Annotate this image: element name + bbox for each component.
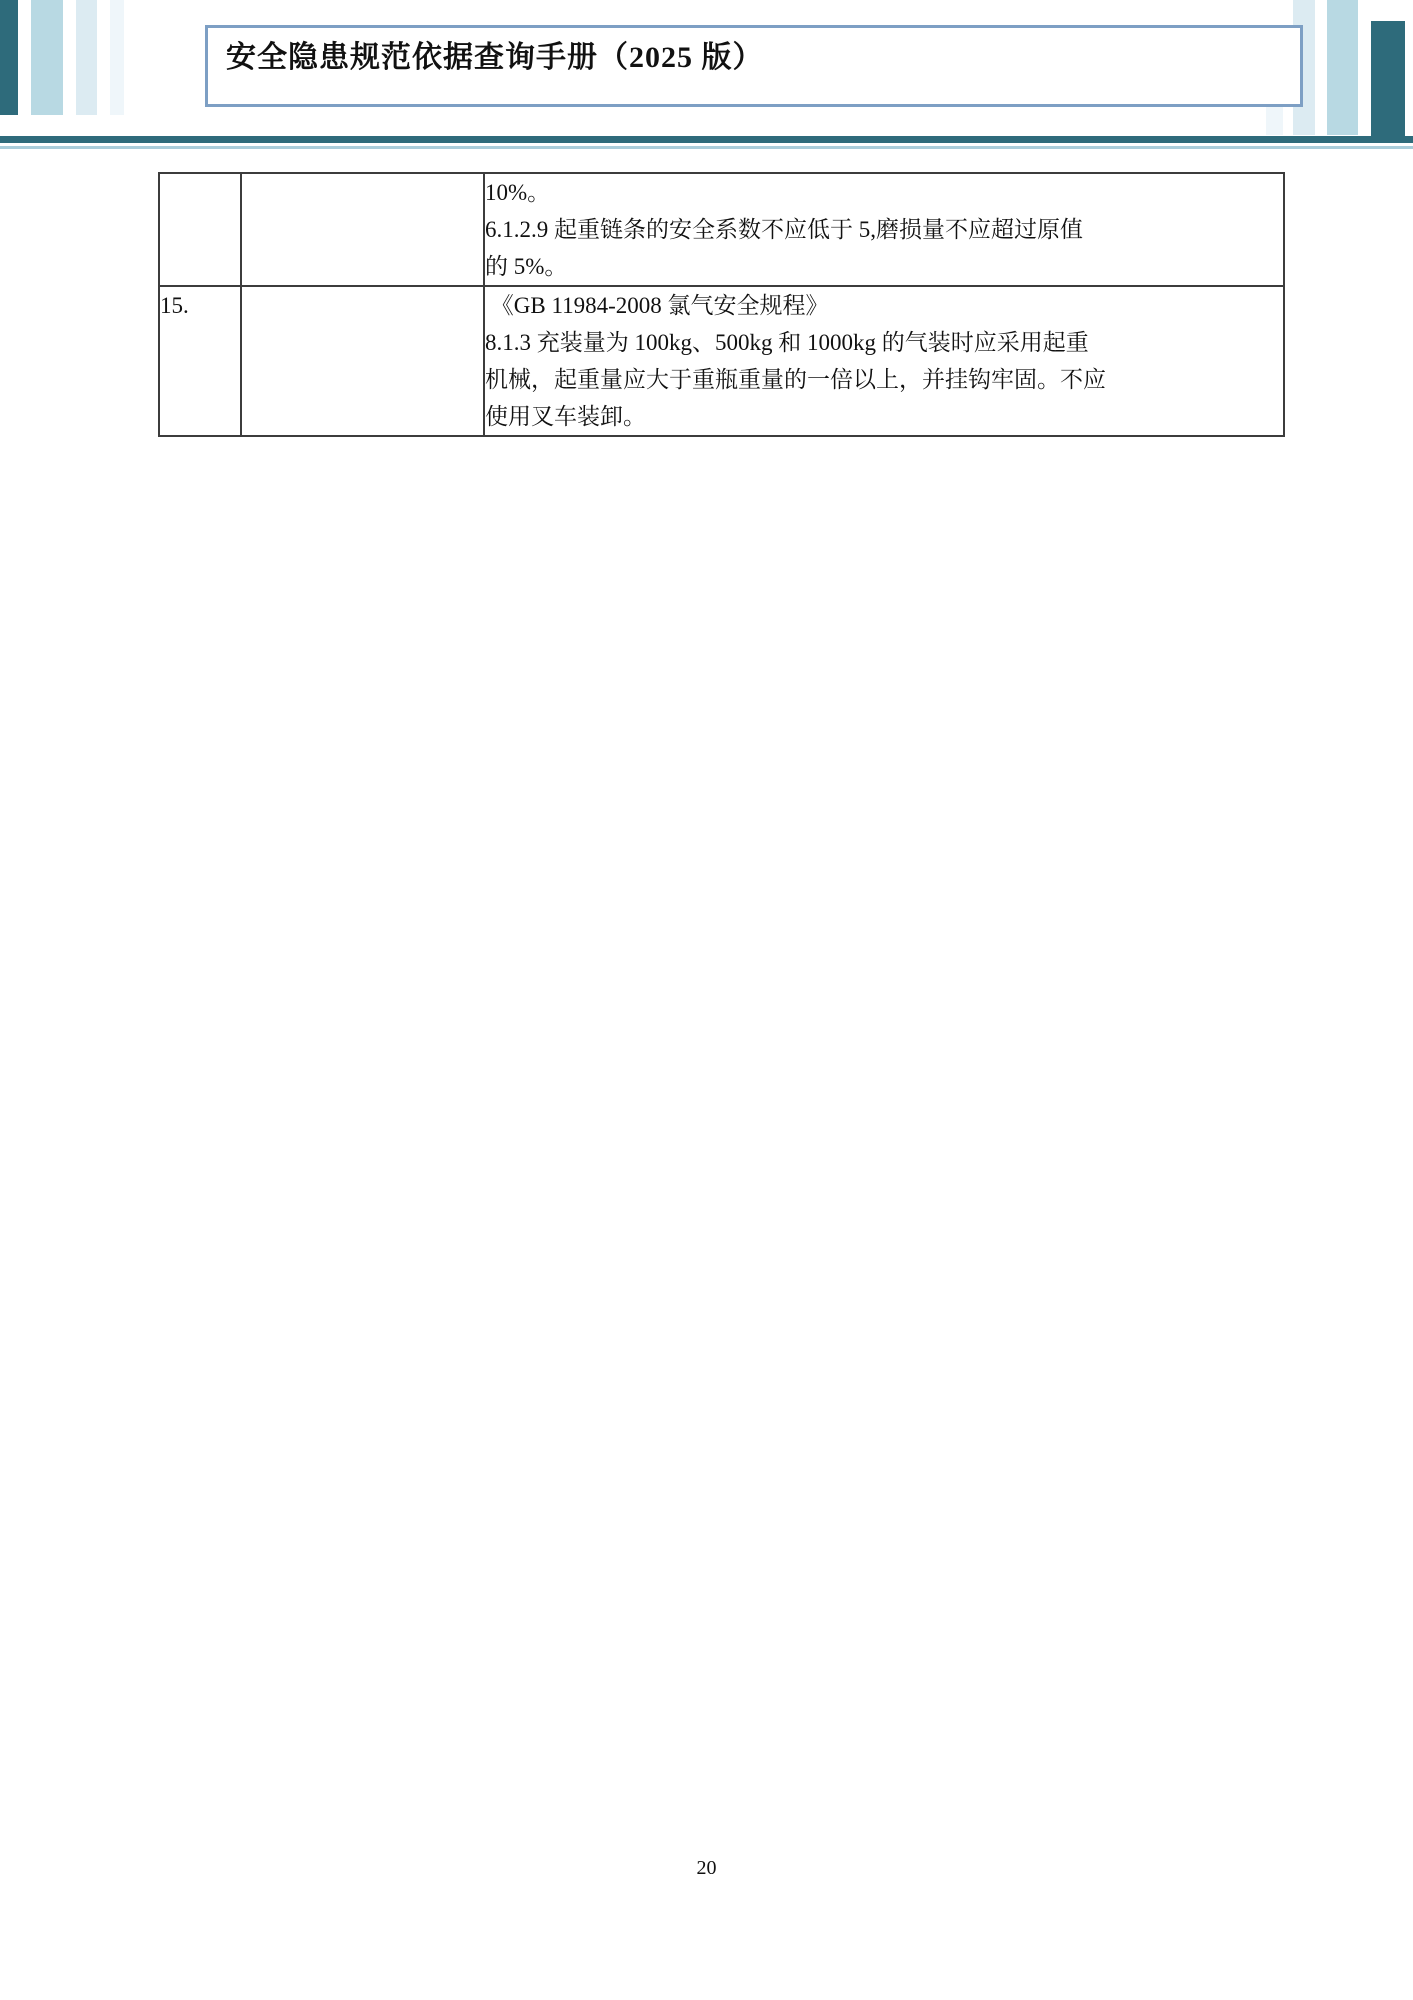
left-blue-stripe	[31, 0, 63, 115]
header-title-box: 安全隐患规范依据查询手册（2025 版）	[205, 25, 1303, 107]
content-line: 的 5%。	[485, 248, 1283, 285]
right-faint-stripe	[1266, 104, 1283, 135]
content-line: 8.1.3 充装量为 100kg、500kg 和 1000kg 的气装时应采用起…	[485, 324, 1283, 361]
row-number-cell	[159, 173, 241, 286]
content-line: 6.1.2.9 起重链条的安全系数不应低于 5,磨损量不应超过原值	[485, 211, 1283, 248]
left-faint-stripe	[110, 0, 124, 115]
content-line: 10%。	[485, 174, 1283, 211]
regulations-table: 10%。 6.1.2.9 起重链条的安全系数不应低于 5,磨损量不应超过原值 的…	[158, 172, 1285, 437]
left-pale-stripe	[76, 0, 97, 115]
table-row: 10%。 6.1.2.9 起重链条的安全系数不应低于 5,磨损量不应超过原值 的…	[159, 173, 1284, 286]
left-dark-stripe	[0, 0, 18, 115]
content-cell: 《GB 11984-2008 氯气安全规程》 8.1.3 充装量为 100kg、…	[484, 286, 1284, 436]
table-row: 15. 《GB 11984-2008 氯气安全规程》 8.1.3 充装量为 10…	[159, 286, 1284, 436]
row-number-cell: 15.	[159, 286, 241, 436]
document-page: 安全隐患规范依据查询手册（2025 版） 10%。 6.1.2.9 起重链条的安…	[0, 0, 1413, 2000]
category-cell	[241, 286, 484, 436]
content-line: 使用叉车装卸。	[485, 398, 1283, 435]
header-divider-underline	[0, 146, 1413, 149]
header-divider-band	[0, 136, 1413, 143]
page-number: 20	[0, 1856, 1413, 1880]
page-header-title: 安全隐患规范依据查询手册（2025 版）	[226, 41, 1300, 75]
right-blue-stripe	[1327, 0, 1358, 135]
content-cell: 10%。 6.1.2.9 起重链条的安全系数不应低于 5,磨损量不应超过原值 的…	[484, 173, 1284, 286]
right-dark-stripe	[1371, 21, 1405, 143]
content-line: 《GB 11984-2008 氯气安全规程》	[485, 287, 1283, 324]
category-cell	[241, 173, 484, 286]
content-line: 机械，起重量应大于重瓶重量的一倍以上，并挂钩牢固。不应	[485, 361, 1283, 398]
